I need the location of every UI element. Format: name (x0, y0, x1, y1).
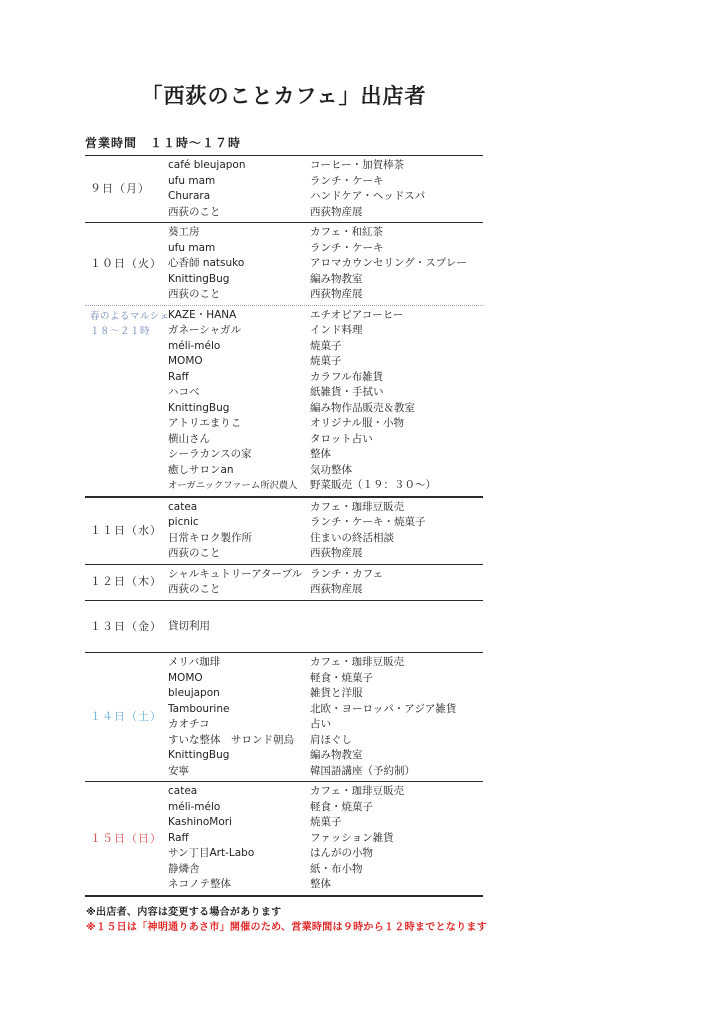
vendor-row: cateaカフェ・珈琲豆販売 (168, 500, 483, 516)
vendor-description: 紙雑貨・手拭い (310, 385, 483, 401)
day-section-day-11-wed: １１日（水）cateaカフェ・珈琲豆販売picnicランチ・ケーキ・焼菓子日常キ… (85, 498, 483, 565)
vendor-row: ガネーシャガルインド料理 (168, 323, 483, 339)
vendor-name: Raff (168, 831, 310, 847)
vendor-row: MOMO軽食・焼菓子 (168, 671, 483, 687)
vendor-row: シーラカンスの家整体 (168, 447, 483, 463)
vendor-description: 気功整体 (310, 463, 483, 479)
vendor-name: MOMO (168, 354, 310, 370)
vendor-rows: シャルキュトリーアターブルランチ・カフェ西荻のこと西荻物産展 (168, 567, 483, 598)
vendor-row: bleujapon雑貨と洋服 (168, 686, 483, 702)
vendor-description: インド料理 (310, 323, 483, 339)
vendor-row: Tambourine北欧・ヨーロッパ・アジア雑貨 (168, 702, 483, 718)
vendor-row: ufu mamランチ・ケーキ (168, 241, 483, 257)
vendor-row: 静燐舎紙・布小物 (168, 862, 483, 878)
vendor-name: 癒しサロンan (168, 463, 310, 479)
vendor-name: オーガニックファーム所沢農人 (168, 478, 310, 494)
vendor-name: méli-mélo (168, 800, 310, 816)
vendor-name: 心香師 natsuko (168, 256, 310, 272)
date-label-line: １２日（木） (90, 574, 168, 590)
vendor-rows: 貸切利用 (168, 619, 483, 635)
date-label-line: １８～２１時 (90, 324, 168, 340)
vendor-rows: メリバ珈琲カフェ・珈琲豆販売MOMO軽食・焼菓子bleujapon雑貨と洋服Ta… (168, 655, 483, 779)
vendor-name: 西荻のこと (168, 582, 310, 598)
vendor-name: ハコベ (168, 385, 310, 401)
vendor-row: 西荻のこと西荻物産展 (168, 287, 483, 303)
vendor-description: 編み物教室 (310, 748, 483, 764)
vendor-row: カオチコ占い (168, 717, 483, 733)
date-label-line: １４日（土） (90, 709, 168, 725)
vendor-description: ハンドケア・ヘッドスパ (310, 189, 483, 205)
vendor-rows: KAZE・HANAエチオピアコーヒーガネーシャガルインド料理méli-mélo焼… (168, 308, 483, 494)
day-section-day-12-thu: １２日（木）シャルキュトリーアターブルランチ・カフェ西荻のこと西荻物産展 (85, 565, 483, 601)
vendor-name: 葵工房 (168, 225, 310, 241)
vendor-description: 野菜販売（１９：３０～） (310, 478, 483, 494)
vendor-name: シーラカンスの家 (168, 447, 310, 463)
vendor-row: 西荻のこと西荻物産展 (168, 582, 483, 598)
vendor-row: メリバ珈琲カフェ・珈琲豆販売 (168, 655, 483, 671)
vendor-name: bleujapon (168, 686, 310, 702)
vendor-row: 日常キロク製作所住まいの終活相談 (168, 531, 483, 547)
vendor-description: ランチ・ケーキ (310, 241, 483, 257)
vendor-name: Raff (168, 370, 310, 386)
vendor-description: ランチ・カフェ (310, 567, 483, 583)
date-label-day-13-fri: １３日（金） (85, 619, 168, 635)
vendor-description: コーヒー・加賀棒茶 (310, 158, 483, 174)
vendor-name: ネコノテ整体 (168, 877, 310, 893)
vendor-description: 雑貨と洋服 (310, 686, 483, 702)
vendor-row: 葵工房カフェ・和紅茶 (168, 225, 483, 241)
vendor-description: 整体 (310, 877, 483, 893)
day-section-spring-night-marche: 春のよるマルシェ１８～２１時KAZE・HANAエチオピアコーヒーガネーシャガルイ… (85, 306, 483, 498)
vendor-name: méli-mélo (168, 339, 310, 355)
vendor-row: ufu mamランチ・ケーキ (168, 174, 483, 190)
vendor-row: オーガニックファーム所沢農人野菜販売（１９：３０～） (168, 478, 483, 494)
vendor-description: カフェ・珈琲豆販売 (310, 784, 483, 800)
vendor-description: 軽食・焼菓子 (310, 671, 483, 687)
vendor-name: サン丁目Art-Labo (168, 846, 310, 862)
vendor-name: 西荻のこと (168, 205, 310, 221)
vendor-name: アトリエまりこ (168, 416, 310, 432)
vendor-description: 焼菓子 (310, 339, 483, 355)
vendor-row: 西荻のこと西荻物産展 (168, 546, 483, 562)
vendor-name: 安寧 (168, 764, 310, 780)
vendor-row: méli-mélo軽食・焼菓子 (168, 800, 483, 816)
vendor-name: 日常キロク製作所 (168, 531, 310, 547)
date-label-spring-night-marche: 春のよるマルシェ１８～２１時 (85, 308, 168, 494)
date-label-line: １０日（火） (90, 256, 168, 272)
vendor-name: Churara (168, 189, 310, 205)
vendor-description: エチオピアコーヒー (310, 308, 483, 324)
vendor-description: 韓国語講座（予約制） (310, 764, 483, 780)
vendor-description: 占い (310, 717, 483, 733)
vendor-description: ランチ・ケーキ (310, 174, 483, 190)
vendor-row: サン丁目Art-Laboはんがの小物 (168, 846, 483, 862)
vendor-row: picnicランチ・ケーキ・焼菓子 (168, 515, 483, 531)
vendor-description: アロマカウンセリング・スプレー (310, 256, 483, 272)
vendor-row: ネコノテ整体整体 (168, 877, 483, 893)
vendor-name: ガネーシャガル (168, 323, 310, 339)
date-label-line: １５日（日） (90, 831, 168, 847)
footnote-change-notice: ※出店者、内容は変更する場合があります (86, 905, 483, 921)
vendor-description: オリジナル服・小物 (310, 416, 483, 432)
day-section-day-15-sun: １５日（日）cateaカフェ・珈琲豆販売méli-mélo軽食・焼菓子Kashi… (85, 782, 483, 897)
date-label-day-9-mon: ９日（月） (85, 158, 168, 220)
vendor-rows: 葵工房カフェ・和紅茶ufu mamランチ・ケーキ心香師 natsukoアロマカウ… (168, 225, 483, 303)
vendor-description: 焼菓子 (310, 815, 483, 831)
vendor-name: 貸切利用 (168, 619, 310, 635)
vendor-row: アトリエまりこオリジナル服・小物 (168, 416, 483, 432)
date-label-day-12-thu: １２日（木） (85, 567, 168, 598)
vendor-name: カオチコ (168, 717, 310, 733)
date-label-line: １３日（金） (90, 619, 168, 635)
flyer-content: 「西荻のことカフェ」出店者 営業時間 １１時～１７時 ９日（月）café ble… (85, 80, 483, 936)
vendor-row: 貸切利用 (168, 619, 483, 635)
vendor-row: 心香師 natsukoアロマカウンセリング・スプレー (168, 256, 483, 272)
vendor-row: KashinoMori焼菓子 (168, 815, 483, 831)
date-label-line: 春のよるマルシェ (90, 309, 168, 325)
vendor-description (310, 619, 483, 635)
business-hours: 営業時間 １１時～１７時 (85, 134, 483, 156)
vendor-row: café bleujaponコーヒー・加賀棒茶 (168, 158, 483, 174)
vendor-row: KnittingBug編み物作品販売＆教室 (168, 401, 483, 417)
footnote-morning-market-notice: ※１５日は「神明通りあさ市」開催のため、営業時間は９時から１２時までとなります (86, 920, 483, 936)
vendor-name: Tambourine (168, 702, 310, 718)
vendor-name: KnittingBug (168, 272, 310, 288)
vendor-name: KnittingBug (168, 748, 310, 764)
vendor-name: 西荻のこと (168, 287, 310, 303)
date-label-day-14-sat: １４日（土） (85, 655, 168, 779)
vendor-row: Churaraハンドケア・ヘッドスパ (168, 189, 483, 205)
vendor-rows: cateaカフェ・珈琲豆販売méli-mélo軽食・焼菓子KashinoMori… (168, 784, 483, 893)
vendor-description: カフェ・珈琲豆販売 (310, 655, 483, 671)
vendor-row: 横山さんタロット占い (168, 432, 483, 448)
flyer-page: 「西荻のことカフェ」出店者 営業時間 １１時～１７時 ９日（月）café ble… (0, 0, 722, 1024)
vendor-name: catea (168, 784, 310, 800)
vendor-name: 横山さん (168, 432, 310, 448)
page-title: 「西荻のことカフェ」出店者 (85, 80, 483, 110)
vendor-description: 軽食・焼菓子 (310, 800, 483, 816)
vendor-table: ９日（月）café bleujaponコーヒー・加賀棒茶ufu mamランチ・ケ… (85, 156, 483, 897)
vendor-description: 西荻物産展 (310, 546, 483, 562)
vendor-row: すいな整体 サロンド朝烏肩ほぐし (168, 733, 483, 749)
date-label-line: １１日（水） (90, 523, 168, 539)
vendor-description: 住まいの終活相談 (310, 531, 483, 547)
vendor-name: picnic (168, 515, 310, 531)
date-label-day-15-sun: １５日（日） (85, 784, 168, 893)
vendor-name: ufu mam (168, 174, 310, 190)
vendor-description: ランチ・ケーキ・焼菓子 (310, 515, 483, 531)
vendor-description: 紙・布小物 (310, 862, 483, 878)
vendor-description: 編み物作品販売＆教室 (310, 401, 483, 417)
vendor-description: 焼菓子 (310, 354, 483, 370)
vendor-name: 静燐舎 (168, 862, 310, 878)
vendor-row: KAZE・HANAエチオピアコーヒー (168, 308, 483, 324)
vendor-name: すいな整体 サロンド朝烏 (168, 733, 310, 749)
day-section-day-14-sat: １４日（土）メリバ珈琲カフェ・珈琲豆販売MOMO軽食・焼菓子bleujapon雑… (85, 653, 483, 782)
vendor-name: メリバ珈琲 (168, 655, 310, 671)
vendor-row: 安寧韓国語講座（予約制） (168, 764, 483, 780)
vendor-description: 編み物教室 (310, 272, 483, 288)
vendor-name: KashinoMori (168, 815, 310, 831)
vendor-description: 西荻物産展 (310, 287, 483, 303)
vendor-row: ハコベ紙雑貨・手拭い (168, 385, 483, 401)
vendor-name: 西荻のこと (168, 546, 310, 562)
vendor-description: はんがの小物 (310, 846, 483, 862)
vendor-description: 西荻物産展 (310, 582, 483, 598)
vendor-rows: cateaカフェ・珈琲豆販売picnicランチ・ケーキ・焼菓子日常キロク製作所住… (168, 500, 483, 562)
vendor-description: カラフル布雑貨 (310, 370, 483, 386)
vendor-description: 西荻物産展 (310, 205, 483, 221)
vendor-row: MOMO焼菓子 (168, 354, 483, 370)
vendor-description: ファッション雑貨 (310, 831, 483, 847)
vendor-row: 西荻のこと西荻物産展 (168, 205, 483, 221)
day-section-day-13-fri: １３日（金）貸切利用 (85, 601, 483, 654)
vendor-row: KnittingBug編み物教室 (168, 272, 483, 288)
day-section-day-10-tue: １０日（火）葵工房カフェ・和紅茶ufu mamランチ・ケーキ心香師 natsuk… (85, 223, 483, 306)
date-label-line: ９日（月） (90, 181, 168, 197)
vendor-name: MOMO (168, 671, 310, 687)
vendor-description: カフェ・珈琲豆販売 (310, 500, 483, 516)
date-label-day-11-wed: １１日（水） (85, 500, 168, 562)
vendor-name: ufu mam (168, 241, 310, 257)
vendor-description: 北欧・ヨーロッパ・アジア雑貨 (310, 702, 483, 718)
vendor-name: シャルキュトリーアターブル (168, 567, 310, 583)
vendor-row: méli-mélo焼菓子 (168, 339, 483, 355)
day-section-day-9-mon: ９日（月）café bleujaponコーヒー・加賀棒茶ufu mamランチ・ケ… (85, 156, 483, 223)
date-label-day-10-tue: １０日（火） (85, 225, 168, 303)
vendor-row: Raffカラフル布雑貨 (168, 370, 483, 386)
vendor-description: カフェ・和紅茶 (310, 225, 483, 241)
vendor-row: cateaカフェ・珈琲豆販売 (168, 784, 483, 800)
vendor-row: シャルキュトリーアターブルランチ・カフェ (168, 567, 483, 583)
vendor-description: 整体 (310, 447, 483, 463)
vendor-name: KAZE・HANA (168, 308, 310, 324)
vendor-row: 癒しサロンan気功整体 (168, 463, 483, 479)
vendor-name: catea (168, 500, 310, 516)
vendor-description: 肩ほぐし (310, 733, 483, 749)
vendor-rows: café bleujaponコーヒー・加賀棒茶ufu mamランチ・ケーキChu… (168, 158, 483, 220)
vendor-description: タロット占い (310, 432, 483, 448)
footnotes: ※出店者、内容は変更する場合があります ※１５日は「神明通りあさ市」開催のため、… (86, 905, 483, 936)
vendor-row: KnittingBug編み物教室 (168, 748, 483, 764)
vendor-name: café bleujapon (168, 158, 310, 174)
vendor-name: KnittingBug (168, 401, 310, 417)
vendor-row: Raffファッション雑貨 (168, 831, 483, 847)
